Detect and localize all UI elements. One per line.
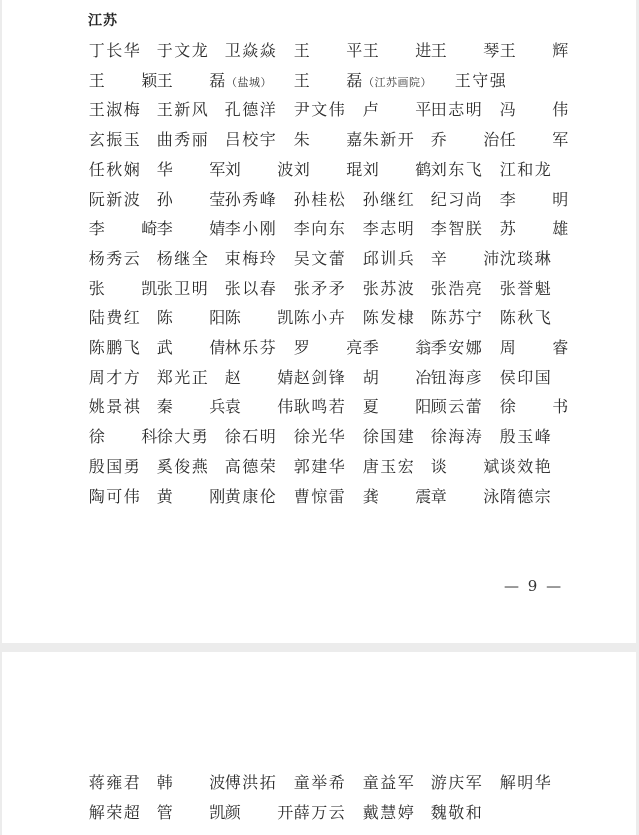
person-name: 乔治 (430, 127, 500, 153)
person-name: 傅洪拓 (224, 770, 277, 796)
name-row: 蒋雍君韩波傅洪拓童举希童益军游庆军解明华 (2, 770, 636, 796)
person-name: 王磊（江苏画院） (293, 68, 432, 94)
person-name: 郑光正 (156, 365, 209, 391)
name-row: 张凯张卫明张以春张矛矛张苏波张浩亮张誉魁 (2, 276, 636, 302)
person-name: 章泳 (430, 484, 500, 510)
page-number: — 9 — (504, 577, 563, 595)
name-note: （江苏画院） (363, 76, 432, 89)
person-name: 侯印国 (499, 365, 552, 391)
person-name: 束梅玲 (224, 246, 277, 272)
person-name: 陈秋飞 (499, 305, 552, 331)
person-name: 周才方 (88, 365, 141, 391)
person-name: 谈斌 (430, 454, 500, 480)
person-name: 李崎 (88, 216, 158, 242)
person-name: 杨秀云 (88, 246, 141, 272)
person-name: 谈效艳 (499, 454, 552, 480)
person-name: 季安娜 (430, 335, 483, 361)
person-name: 武倩 (156, 335, 226, 361)
person-name: 黄康伦 (224, 484, 277, 510)
person-name: 张誉魁 (499, 276, 552, 302)
person-name: 王磊（盐城） (156, 68, 272, 94)
person-name: 刘琨 (293, 157, 363, 183)
name-note: （盐城） (226, 76, 272, 89)
person-name: 王进 (362, 38, 432, 64)
person-name: 徐国建 (362, 424, 415, 450)
person-name: 陈凯 (224, 305, 294, 331)
person-name: 张矛矛 (293, 276, 346, 302)
name-row: 玄振玉曲秀丽吕校宇朱嘉朱新开乔治任军 (2, 127, 636, 153)
person-name: 颜开 (224, 800, 294, 826)
name-row: 徐科徐大勇徐石明徐光华徐国建徐海涛殷玉峰 (2, 424, 636, 450)
person-name: 王淑梅 (88, 97, 141, 123)
name-row: 陶可伟黄刚黄康伦曹惊雷龚震章泳隋德宗 (2, 484, 636, 510)
document-page-10: 蒋雍君韩波傅洪拓童举希童益军游庆军解明华解荣超管凯颜开薛万云戴慧婷魏敬和 (2, 652, 636, 835)
person-name: 纪习尚 (430, 187, 483, 213)
person-name: 徐科 (88, 424, 158, 450)
person-name: 殷玉峰 (499, 424, 552, 450)
person-name: 曹惊雷 (293, 484, 346, 510)
person-name: 张凯 (88, 276, 158, 302)
person-name: 于文龙 (156, 38, 209, 64)
person-name: 解明华 (499, 770, 552, 796)
person-name: 胡冶 (362, 365, 432, 391)
person-name: 田志明 (430, 97, 483, 123)
person-name: 吴文蕾 (293, 246, 346, 272)
person-name: 孔德洋 (224, 97, 277, 123)
person-name: 钮海彦 (430, 365, 483, 391)
name-row: 解荣超管凯颜开薛万云戴慧婷魏敬和 (2, 800, 636, 826)
person-name: 解荣超 (88, 800, 141, 826)
person-name: 卢平 (362, 97, 432, 123)
person-name: 李志明 (362, 216, 415, 242)
person-name: 郭建华 (293, 454, 346, 480)
person-name: 周睿 (499, 335, 569, 361)
document-page-9: 江苏 丁长华于文龙卫焱焱王平王进王琴王辉王颖王磊（盐城）王磊（江苏画院）王守强王… (2, 0, 636, 643)
name-row: 任秋娴华军刘波刘琨刘鹤刘东飞江和龙 (2, 157, 636, 183)
name-row: 王颖王磊（盐城）王磊（江苏画院）王守强 (2, 68, 636, 94)
person-name: 王新风 (156, 97, 209, 123)
person-name: 江和龙 (499, 157, 552, 183)
name-row: 杨秀云杨继全束梅玲吴文蕾邱训兵辛沛沈琰琳 (2, 246, 636, 272)
person-name: 朱嘉 (293, 127, 363, 153)
person-name: 蒋雍君 (88, 770, 141, 796)
person-name: 苏雄 (499, 216, 569, 242)
person-name: 孙继红 (362, 187, 415, 213)
person-name: 李智朕 (430, 216, 483, 242)
person-name: 孙莹 (156, 187, 226, 213)
person-name: 李向东 (293, 216, 346, 242)
person-name: 王琴 (430, 38, 500, 64)
person-name: 戴慧婷 (362, 800, 415, 826)
person-name: 孙秀峰 (224, 187, 277, 213)
person-name: 阮新波 (88, 187, 141, 213)
person-name: 刘鹤 (362, 157, 432, 183)
person-name: 赵剑锋 (293, 365, 346, 391)
person-name: 管凯 (156, 800, 226, 826)
person-name: 王辉 (499, 38, 569, 64)
person-name: 唐玉宏 (362, 454, 415, 480)
person-name: 陈鹏飞 (88, 335, 141, 361)
person-name: 王平 (293, 38, 363, 64)
person-name: 吕校宇 (224, 127, 277, 153)
person-name: 童举希 (293, 770, 346, 796)
person-name: 朱新开 (362, 127, 415, 153)
person-name: 陈小卉 (293, 305, 346, 331)
name-row: 姚景祺秦兵袁伟耿鸣若夏阳顾云蕾徐书 (2, 394, 636, 420)
person-name: 隋德宗 (499, 484, 552, 510)
person-name: 袁伟 (224, 394, 294, 420)
person-name: 陈苏宁 (430, 305, 483, 331)
person-name: 任秋娴 (88, 157, 141, 183)
person-name: 姚景祺 (88, 394, 141, 420)
person-name: 游庆军 (430, 770, 483, 796)
person-name: 罗亮 (293, 335, 363, 361)
person-name: 耿鸣若 (293, 394, 346, 420)
person-name: 秦兵 (156, 394, 226, 420)
name-row: 王淑梅王新风孔德洋尹文伟卢平田志明冯伟 (2, 97, 636, 123)
person-name: 王颖 (88, 68, 158, 94)
person-name: 魏敬和 (430, 800, 483, 826)
name-row: 李崎李婧李小刚李向东李志明李智朕苏雄 (2, 216, 636, 242)
name-row: 丁长华于文龙卫焱焱王平王进王琴王辉 (2, 38, 636, 64)
person-name: 龚震 (362, 484, 432, 510)
person-name: 张苏波 (362, 276, 415, 302)
person-name: 季翁 (362, 335, 432, 361)
person-name: 徐海涛 (430, 424, 483, 450)
person-name: 陈发棣 (362, 305, 415, 331)
person-name: 任军 (499, 127, 569, 153)
person-name: 冯伟 (499, 97, 569, 123)
person-name: 高德荣 (224, 454, 277, 480)
person-name: 林乐芬 (224, 335, 277, 361)
person-name: 陶可伟 (88, 484, 141, 510)
person-name: 奚俊燕 (156, 454, 209, 480)
person-name: 夏阳 (362, 394, 432, 420)
person-name: 童益军 (362, 770, 415, 796)
person-name: 孙桂松 (293, 187, 346, 213)
person-name: 徐光华 (293, 424, 346, 450)
person-name: 曲秀丽 (156, 127, 209, 153)
name-row: 殷国勇奚俊燕高德荣郭建华唐玉宏谈斌谈效艳 (2, 454, 636, 480)
name-row: 陈鹏飞武倩林乐芬罗亮季翁季安娜周睿 (2, 335, 636, 361)
section-title: 江苏 (88, 10, 118, 30)
person-name: 黄刚 (156, 484, 226, 510)
person-name: 张以春 (224, 276, 277, 302)
person-name: 李婧 (156, 216, 226, 242)
person-name: 顾云蕾 (430, 394, 483, 420)
person-name: 丁长华 (88, 38, 141, 64)
name-row: 周才方郑光正赵婧赵剑锋胡冶钮海彦侯印国 (2, 365, 636, 391)
person-name: 李小刚 (224, 216, 277, 242)
person-name: 华军 (156, 157, 226, 183)
name-row: 阮新波孙莹孙秀峰孙桂松孙继红纪习尚李明 (2, 187, 636, 213)
person-name: 卫焱焱 (224, 38, 277, 64)
person-name: 徐石明 (224, 424, 277, 450)
person-name: 李明 (499, 187, 569, 213)
person-name: 赵婧 (224, 365, 294, 391)
person-name: 王守强 (454, 68, 507, 94)
person-name: 陈阳 (156, 305, 226, 331)
person-name: 尹文伟 (293, 97, 346, 123)
person-name: 辛沛 (430, 246, 500, 272)
person-name: 刘东飞 (430, 157, 483, 183)
person-name: 杨继全 (156, 246, 209, 272)
name-row: 陆费红陈阳陈凯陈小卉陈发棣陈苏宁陈秋飞 (2, 305, 636, 331)
person-name: 沈琰琳 (499, 246, 552, 272)
person-name: 邱训兵 (362, 246, 415, 272)
person-name: 张卫明 (156, 276, 209, 302)
person-name: 陆费红 (88, 305, 141, 331)
person-name: 张浩亮 (430, 276, 483, 302)
person-name: 徐书 (499, 394, 569, 420)
person-name: 韩波 (156, 770, 226, 796)
person-name: 薛万云 (293, 800, 346, 826)
person-name: 刘波 (224, 157, 294, 183)
person-name: 殷国勇 (88, 454, 141, 480)
person-name: 徐大勇 (156, 424, 209, 450)
person-name: 玄振玉 (88, 127, 141, 153)
